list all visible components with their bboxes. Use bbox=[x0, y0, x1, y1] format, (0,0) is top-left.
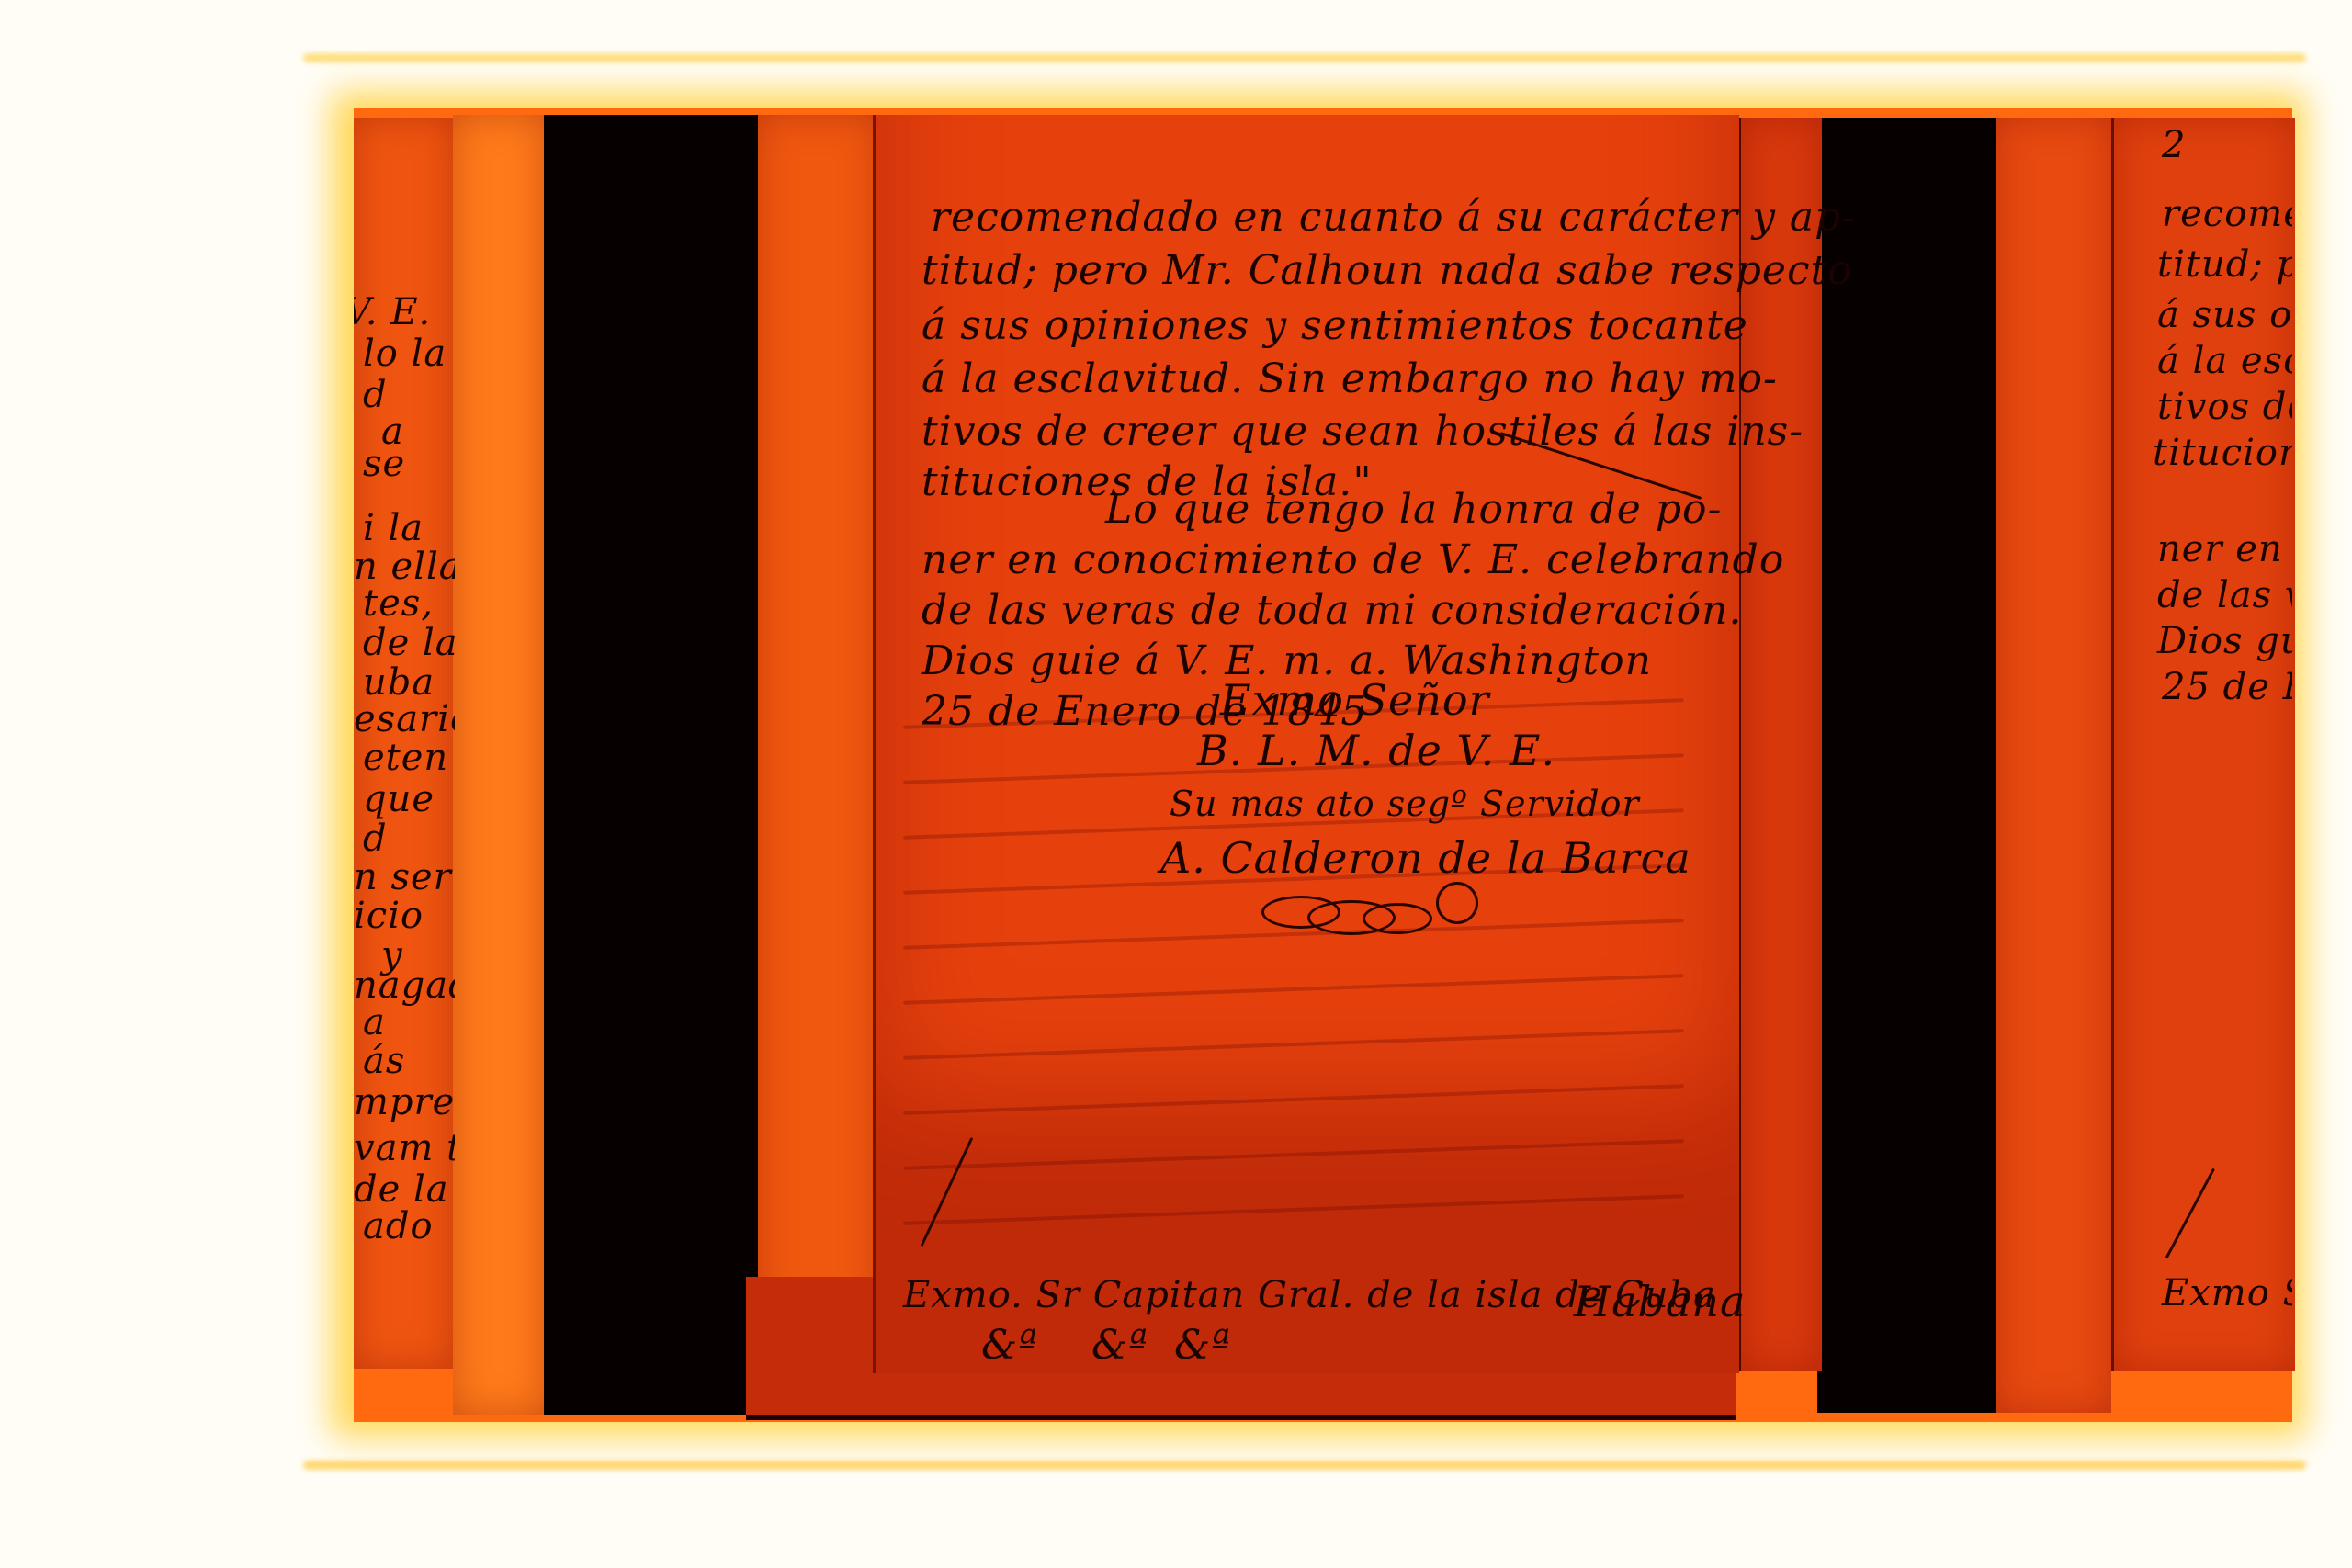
bleed-through bbox=[903, 974, 1684, 1005]
signature: A. Calderon de la Barca bbox=[1160, 833, 1691, 883]
right-blank-margin bbox=[1996, 118, 2111, 1413]
margin-stroke bbox=[921, 1137, 974, 1247]
bleed-through bbox=[903, 1029, 1684, 1060]
right-strip-fragment: titud; pe bbox=[2157, 237, 2292, 292]
right-strip-fragment: 25 de E bbox=[2162, 660, 2292, 715]
right-strip-fragment: recomend. bbox=[2162, 186, 2292, 242]
rubric-flourish bbox=[1436, 882, 1478, 924]
right-strip-fragment: 2 bbox=[2162, 118, 2186, 173]
right-strip-fragment: Exmo Sr bbox=[2162, 1266, 2292, 1321]
salutation: Exmo Señor bbox=[1220, 675, 1490, 725]
main-letter-page: recomendado en cuanto á su carácter y ap… bbox=[873, 115, 1739, 1373]
black-gap-left bbox=[544, 115, 758, 1415]
left-blank-margin bbox=[453, 115, 545, 1415]
film-edge-top bbox=[303, 53, 2306, 62]
closing-line: Lo que tengo la honra de po- bbox=[1105, 482, 1722, 537]
closing-line: de las veras de toda mi consideración. bbox=[922, 583, 1742, 638]
closing-line: ner en conocimiento de V. E. celebrando bbox=[922, 533, 1784, 588]
etcetera: &ª bbox=[981, 1318, 1038, 1373]
film-edge-bottom bbox=[303, 1461, 2306, 1470]
letter-line: titud; pero Mr. Calhoun nada sabe respec… bbox=[922, 243, 1853, 299]
left-strip-fragment: ado bbox=[363, 1199, 434, 1254]
black-gap-right bbox=[1817, 118, 1996, 1413]
letter-line: á la esclavitud. Sin embargo no hay mo- bbox=[922, 352, 1778, 407]
left-strip-text: V. E. lo la d a se i la n ella tes, de l… bbox=[354, 115, 455, 1373]
right-strip-text: 2 recomend. titud; pe á sus op á la esc … bbox=[2111, 118, 2292, 1413]
gutter-strip bbox=[1736, 118, 1822, 1371]
letter-line: tivos de creer que sean hostiles á las i… bbox=[922, 404, 1804, 459]
left-strip-fragment: se bbox=[363, 436, 405, 491]
letter-line: á sus opiniones y sentimientos tocante bbox=[922, 299, 1748, 354]
bleed-through bbox=[903, 1139, 1684, 1170]
letter-line: recomendado en cuanto á su carácter y ap… bbox=[931, 190, 1856, 245]
margin-stroke bbox=[2165, 1168, 2215, 1259]
binding-strip bbox=[758, 115, 877, 1415]
bleed-through bbox=[903, 1194, 1684, 1225]
etcetera: &ª bbox=[1174, 1318, 1231, 1373]
formula: B. L. M. de V. E. bbox=[1197, 726, 1555, 775]
city-label: Habana bbox=[1574, 1277, 1746, 1326]
rubric-flourish bbox=[1363, 903, 1432, 934]
etcetera: &ª bbox=[1091, 1318, 1148, 1373]
servant-line: Su mas ato segº Servidor bbox=[1170, 776, 1640, 831]
right-strip-fragment: tituciones bbox=[2153, 425, 2292, 480]
bleed-through bbox=[903, 1084, 1684, 1115]
